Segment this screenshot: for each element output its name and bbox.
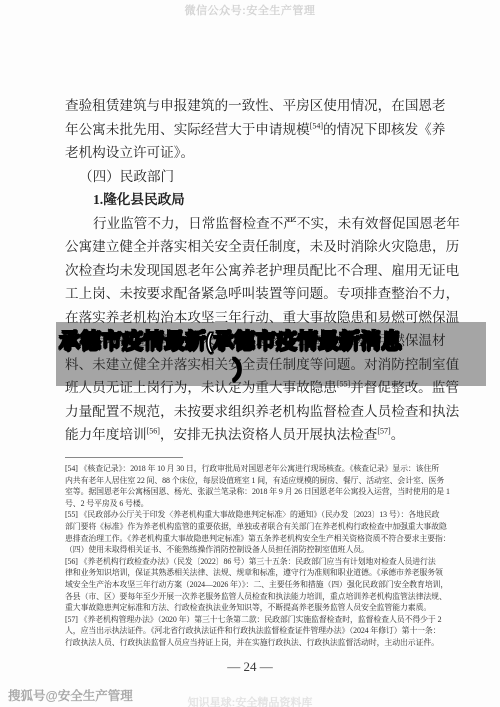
footnote-lines: [54] 《核查记录》：2018 年 10 月 30 日，行政审批局对国恩老年公… bbox=[65, 463, 450, 649]
body-line: （四）民政部门 bbox=[65, 165, 448, 189]
footnote-line: 行政执法人员、行政执法监督人员应当持证上岗，并在实施行政执法、行政执法监督活动时… bbox=[65, 637, 450, 649]
footnote-ref: [54] bbox=[310, 121, 323, 130]
footnote-ref: [57] bbox=[377, 426, 390, 435]
footnote-line: 各县（市、区）要每年至少开展一次养老服务监管人员检查和执法能力培训，重点培训养老… bbox=[65, 591, 450, 603]
footnote-line: [56] 《养老机构行政检查办法》（民发〔2022〕86 号）第三十五条：民政部… bbox=[65, 556, 450, 568]
overlay-title-line2: ） bbox=[29, 356, 459, 385]
footnote-line: [54] 《核查记录》：2018 年 10 月 30 日，行政审批局对国恩老年公… bbox=[65, 463, 450, 475]
document-body: 查验租赁建筑与申报建筑的一致性、平房区使用情况，在国恩老年公寓未批先用、实际经营… bbox=[65, 94, 448, 447]
subsection-heading: 1.隆化县民政局 bbox=[65, 188, 448, 212]
body-line: 在落实养老机构治本攻坚三年行动、重大事故隐患和易燃可燃保温 bbox=[65, 306, 448, 330]
body-line: 力量配置不规范，未按要求组织养老机构监督检查人员检查和执法 bbox=[65, 400, 448, 424]
footnote-line: 重大事故隐患判定标准和方法、行政检查执法业务知识等，不断提高养老服务监管人员安全… bbox=[65, 602, 450, 614]
footnote-ref: [56] bbox=[147, 426, 160, 435]
body-line: 老机构设立许可证》。 bbox=[65, 141, 448, 165]
footnote-line: 号、2 号平房及 6 号楼。 bbox=[65, 498, 450, 510]
footnote-line: 内共有老年人居住室 22 间、88 个床位，每层设值班室 1 间，有适应规模的厨… bbox=[65, 475, 450, 487]
top-watermark: 微信公众号:安全生产管理 bbox=[0, 2, 500, 18]
footnote-separator bbox=[65, 457, 183, 458]
body-line: 工上岗、未按要求配备紧急呼叫装置等问题。专项排查整治不力， bbox=[65, 282, 448, 306]
body-line: 查验租赁建筑与申报建筑的一致性、平房区使用情况，在国恩老 bbox=[65, 94, 448, 118]
footnotes-section: [54] 《核查记录》：2018 年 10 月 30 日，行政审批局对国恩老年公… bbox=[65, 454, 450, 649]
bottom-watermark: 知识星球:安全精品资料库 bbox=[0, 694, 500, 707]
body-line: 行业监管不力，日常监督检查不严不实，未有效督促国恩老年 bbox=[65, 212, 448, 236]
body-line: 能力年度培训[56]，安排无执法资格人员开展执法检查[57]。 bbox=[65, 423, 448, 447]
body-line: 次检查均未发现国恩老年公寓养老护理员配比不合理、雇用无证电 bbox=[65, 259, 448, 283]
page-number: — 24 — bbox=[0, 659, 500, 675]
footnote-line: 部门要将《标准》作为养老机构监管的重要依据，单独或者联合有关部门在养老机构行政检… bbox=[65, 521, 450, 533]
overlay-title: 承德市疫情最新(承德市疫情最新消息 ） bbox=[56, 327, 486, 385]
footnote-line: 患排查治理工作。《养老机构重大事故隐患判定标准》第五条养老机构安全生产相关资格资… bbox=[65, 533, 450, 545]
footnote-line: 人，应当出示执法证件。《河北省行政执法证件和行政执法监督检查证件管理办法》（20… bbox=[65, 625, 450, 637]
document-page: 微信公众号:安全生产管理 查验租赁建筑与申报建筑的一致性、平房区使用情况，在国恩… bbox=[0, 0, 500, 707]
body-line: 年公寓未批先用、实际经营大于申请规模[54]的情况下即核发《养 bbox=[65, 118, 448, 142]
footnote-line: [55] 《民政部办公厅关于印发〈养老机构重大事故隐患判定标准〉的通知》（民办发… bbox=[65, 509, 450, 521]
footnote-line: 室等。据国恩老年公寓杨国恩、杨光、张淑兰笔录称：2018 年 9 月 26 日国… bbox=[65, 486, 450, 498]
footnote-line: 律和业务知识培训，保证其熟悉相关法律、法规、规章和标准，遵守行为准则和职业道德。… bbox=[65, 567, 450, 579]
footnote-line: 域安全生产治本攻坚三年行动方案（2024—2026 年）》：二、主要任务和措施（… bbox=[65, 579, 450, 591]
footnote-line: [57] 《养老机构管理办法》（2020 年）第三十七条第二款：民政部门实施监督… bbox=[65, 614, 450, 626]
footnote-line: （四）使用未取得相关证书、不能熟练操作消防控制设备人员担任消防控制室值班人员。 bbox=[65, 544, 450, 556]
body-line: 公寓建立健全并落实相关安全责任制度，未及时消除火灾隐患，历 bbox=[65, 235, 448, 259]
overlay-title-line1: 承德市疫情最新(承德市疫情最新消息 bbox=[56, 327, 486, 356]
